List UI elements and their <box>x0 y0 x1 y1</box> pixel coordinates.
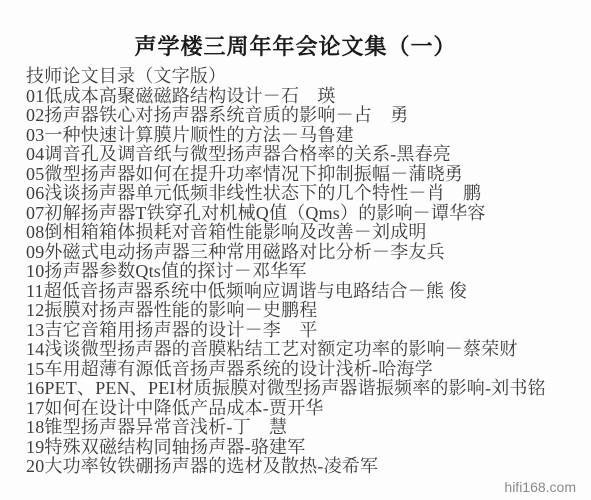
toc-item-11: 11超低音扬声器系统中低频响应调谐与电路结合－熊 俊 <box>26 282 585 302</box>
toc-item-02: 02扬声器铁心对扬声器系统音质的影响－占 勇 <box>26 106 585 126</box>
toc-item-04: 04调音孔及调音纸与微型扬声器合格率的关系-黑春亮 <box>26 145 585 165</box>
toc-item-05: 05微型扬声器如何在提升功率情况下抑制振幅－蒲晓勇 <box>26 165 585 185</box>
toc-item-06: 06浅谈扬声器单元低频非线性状态下的几个特性－肖 鹏 <box>26 184 585 204</box>
toc-item-16: 16PET、PEN、PEI材质振膜对微型扬声器谐振频率的影响-刘书铭 <box>26 379 585 399</box>
page-title: 声学楼三周年年会论文集（一） <box>0 0 591 61</box>
toc-item-12: 12振膜对扬声器性能的影响－史鹏程 <box>26 301 585 321</box>
toc-item-03: 03一种快速计算膜片顺性的方法－马鲁建 <box>26 126 585 146</box>
watermark-text: hifi168.com <box>504 479 576 495</box>
toc-item-19: 19特殊双磁结构同轴扬声器-骆建军 <box>26 438 585 458</box>
toc-item-01: 01低成本高聚磁磁路结构设计－石 瑛 <box>26 87 585 107</box>
toc-item-18: 18锥型扬声器异常音浅析-丁 慧 <box>26 418 585 438</box>
toc-item-15: 15车用超薄有源低音扬声器系统的设计浅析-哈海学 <box>26 360 585 380</box>
toc-item-13: 13吉它音箱用扬声器的设计－李 平 <box>26 321 585 341</box>
toc-item-09: 09外磁式电动扬声器三种常用磁路对比分析－李友兵 <box>26 243 585 263</box>
toc-list: 技师论文目录（文字版） 01低成本高聚磁磁路结构设计－石 瑛 02扬声器铁心对扬… <box>26 67 585 477</box>
toc-item-14: 14浅谈微型扬声器的音膜粘结工艺对额定功率的影响－蔡荣财 <box>26 340 585 360</box>
toc-item-17: 17如何在设计中降低产品成本-贾开华 <box>26 399 585 419</box>
document-page: 声学楼三周年年会论文集（一） 技师论文目录（文字版） 01低成本高聚磁磁路结构设… <box>0 0 591 500</box>
toc-subtitle: 技师论文目录（文字版） <box>26 67 585 87</box>
toc-item-08: 08倒相箱箱体损耗对音箱性能影响及改善－刘成明 <box>26 223 585 243</box>
toc-item-20: 20大功率钕铁硼扬声器的选材及散热-凌希军 <box>26 457 585 477</box>
toc-item-10: 10扬声器参数Qts值的探讨－邓华军 <box>26 262 585 282</box>
toc-item-07: 07初解扬声器T铁穿孔对机械Q值（Qms）的影响－谭华容 <box>26 204 585 224</box>
